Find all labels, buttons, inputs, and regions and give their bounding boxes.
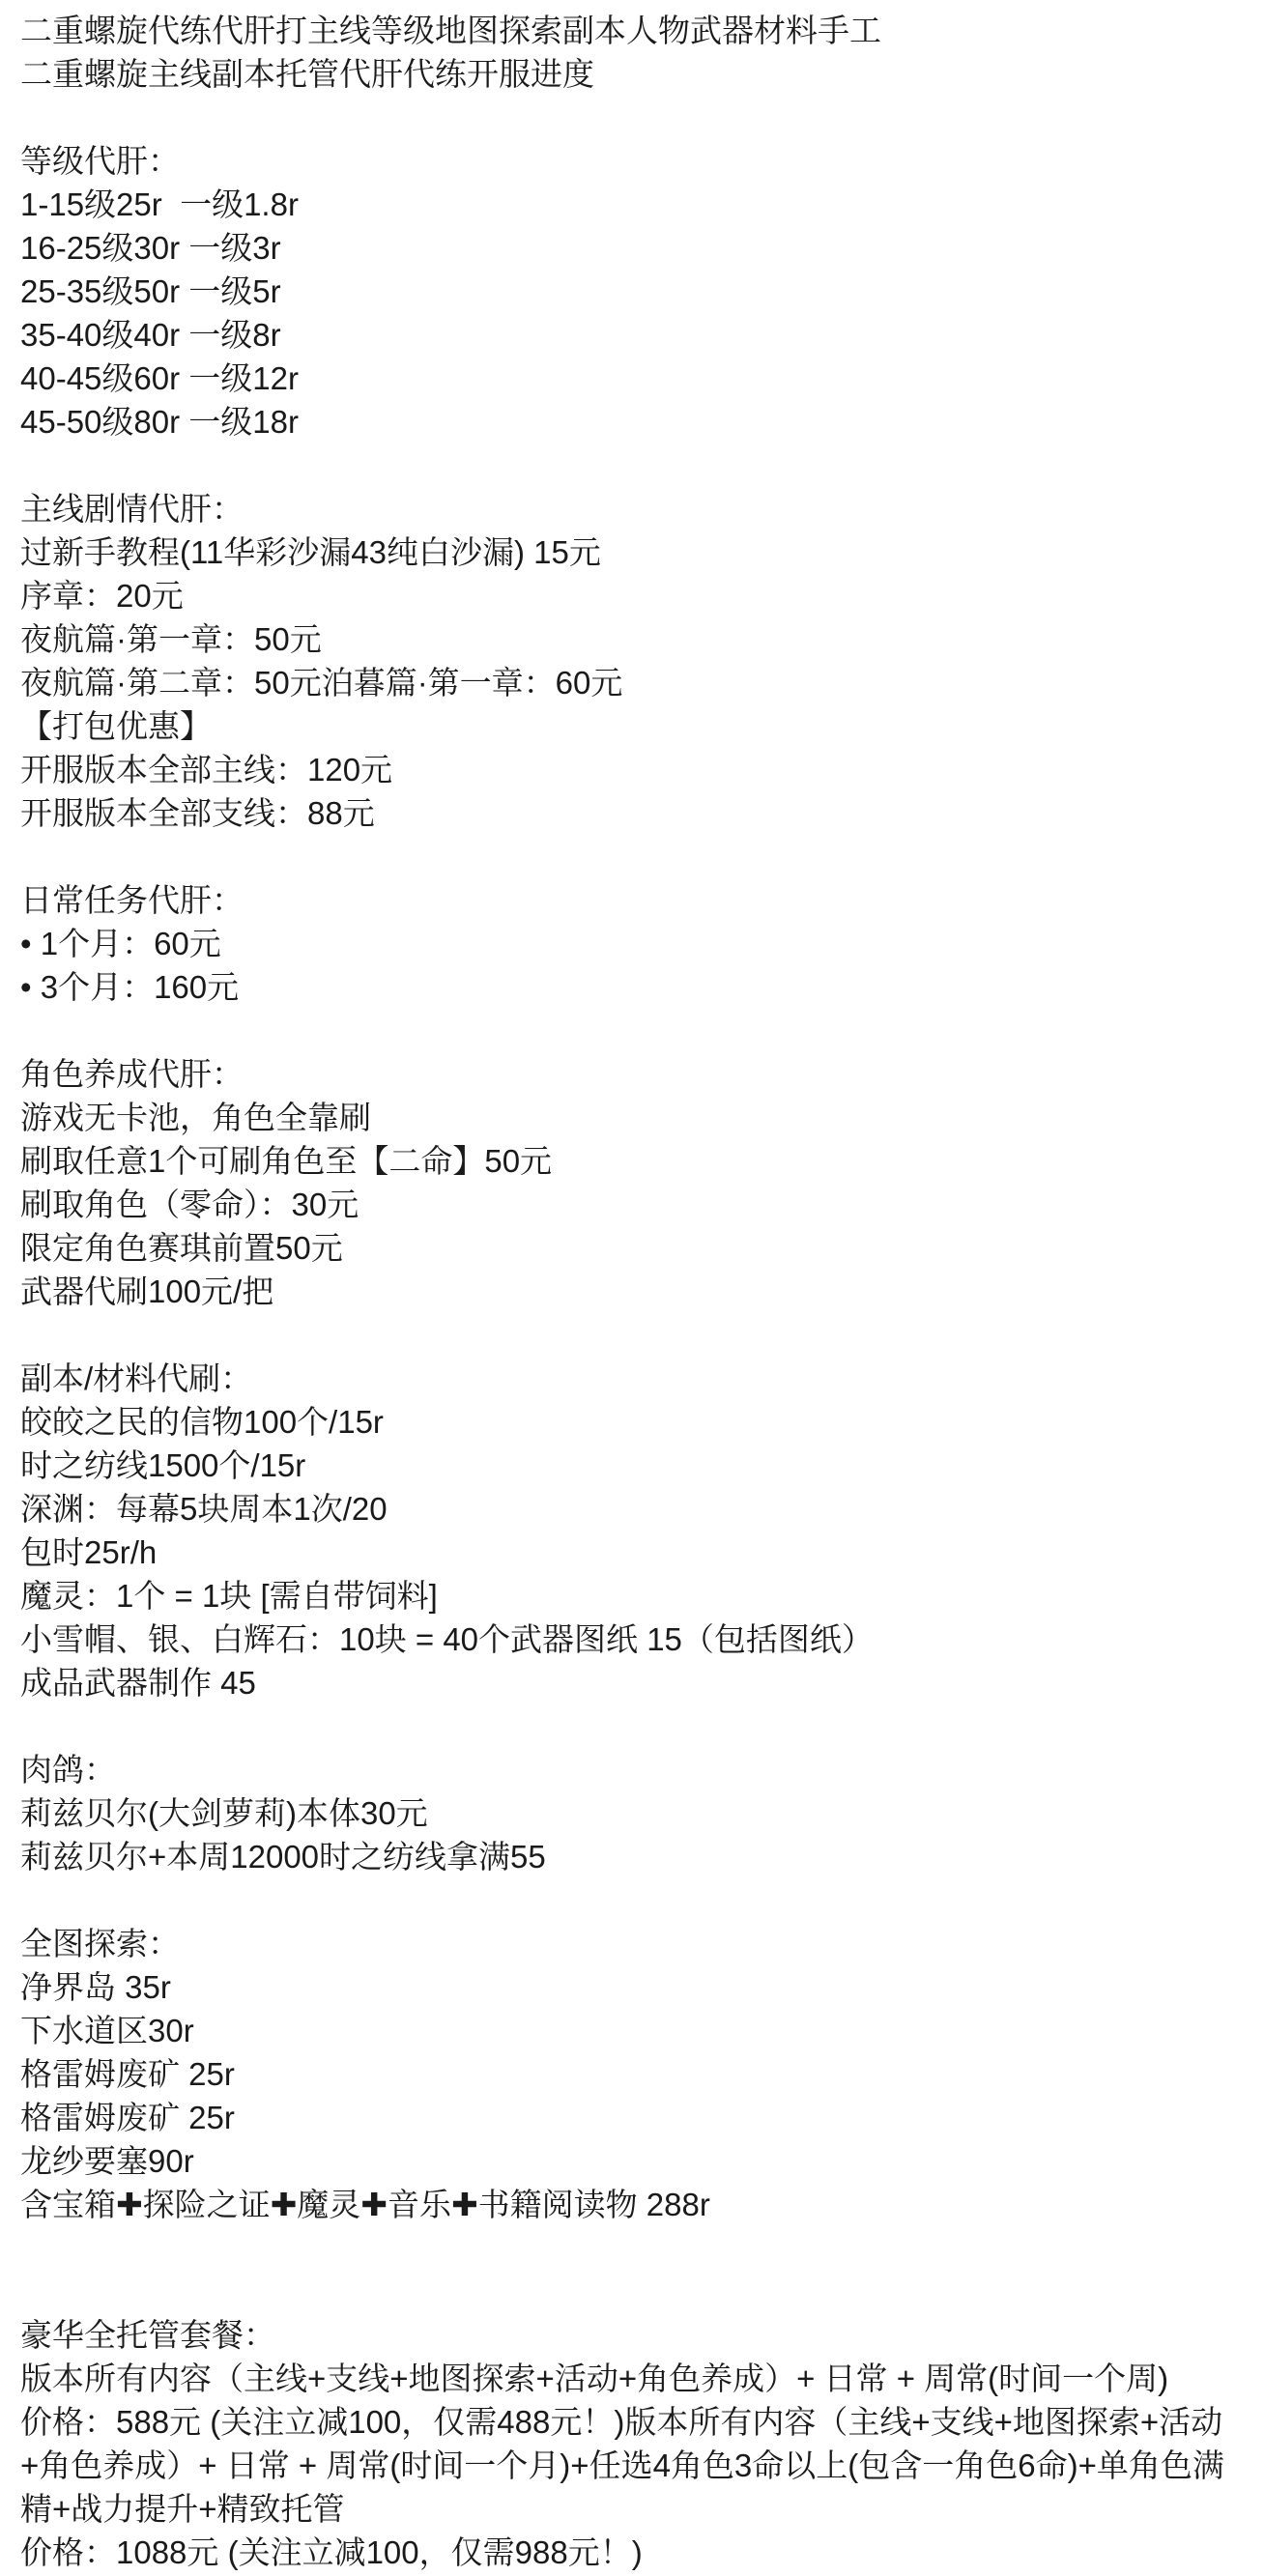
exploration-bundle-line: 含宝箱✚探险之证✚魔灵✚音乐✚书籍阅读物 288r <box>20 2183 1252 2226</box>
price-line: 过新手教程(11华彩沙漏43纯白沙漏) 15元 <box>20 530 1252 574</box>
section-map-exploration: 全图探索： 净界岛 35r 下水道区30r 格雷姆废矿 25r 格雷姆废矿 25… <box>20 1922 1252 2226</box>
bullet-price-line: • 3个月：160元 <box>20 965 1252 1009</box>
package-contents-line: 版本所有内容（主线+支线+地图探索+活动+角色养成）+ 日常 + 周常(时间一个… <box>20 2357 1252 2400</box>
price-line: 35-40级40r 一级8r <box>20 313 1252 357</box>
section-title: 等级代肝： <box>20 139 1252 183</box>
price-line: 皎皎之民的信物100个/15r <box>20 1400 1252 1444</box>
price-list-document: 二重螺旋代练代肝打主线等级地图探索副本人物武器材料手工 二重螺旋主线副本托管代肝… <box>20 9 1252 2574</box>
section-title: 主线剧情代肝： <box>20 487 1252 530</box>
price-line: 格雷姆废矿 25r <box>20 2096 1252 2139</box>
price-line: 龙纱要塞90r <box>20 2139 1252 2183</box>
note-line: 游戏无卡池，角色全靠刷 <box>20 1096 1252 1139</box>
section-title: 日常任务代肝： <box>20 878 1252 922</box>
section-premium-package: 豪华全托管套餐： 版本所有内容（主线+支线+地图探索+活动+角色养成）+ 日常 … <box>20 2313 1252 2574</box>
price-line: 魔灵：1个 = 1块 [需自带饲料] <box>20 1574 1252 1617</box>
bullet-price-line: • 1个月：60元 <box>20 922 1252 965</box>
price-line: 武器代刷100元/把 <box>20 1270 1252 1313</box>
price-line: 开服版本全部支线：88元 <box>20 791 1252 835</box>
price-line: 净界岛 35r <box>20 1965 1252 2009</box>
section-roguelike: 肉鸽： 莉兹贝尔(大剑萝莉)本体30元 莉兹贝尔+本周12000时之纺线拿满55 <box>20 1748 1252 1878</box>
header-title-line: 二重螺旋代练代肝打主线等级地图探索副本人物武器材料手工 <box>20 9 1252 52</box>
price-line: 包时25r/h <box>20 1531 1252 1574</box>
bundle-discount-label: 【打包优惠】 <box>20 704 1252 748</box>
document-header: 二重螺旋代练代肝打主线等级地图探索副本人物武器材料手工 二重螺旋主线副本托管代肝… <box>20 9 1252 96</box>
price-line: 格雷姆废矿 25r <box>20 2052 1252 2096</box>
package-price-line: 价格：588元 (关注立减100，仅需488元！)版本所有内容（主线+支线+地图… <box>20 2400 1252 2531</box>
price-line: 成品武器制作 45 <box>20 1661 1252 1704</box>
section-title: 副本/材料代刷： <box>20 1357 1252 1400</box>
price-line: 45-50级80r 一级18r <box>20 400 1252 444</box>
price-line: 限定角色赛琪前置50元 <box>20 1226 1252 1270</box>
section-mainline-story: 主线剧情代肝： 过新手教程(11华彩沙漏43纯白沙漏) 15元 序章：20元 夜… <box>20 487 1252 835</box>
section-title: 豪华全托管套餐： <box>20 2313 1252 2357</box>
section-title: 肉鸽： <box>20 1748 1252 1791</box>
section-title: 角色养成代肝： <box>20 1052 1252 1096</box>
section-title: 全图探索： <box>20 1922 1252 1965</box>
price-line: 40-45级60r 一级12r <box>20 357 1252 400</box>
header-subtitle-line: 二重螺旋主线副本托管代肝代练开服进度 <box>20 52 1252 96</box>
price-line: 刷取任意1个可刷角色至【二命】50元 <box>20 1139 1252 1183</box>
price-line: 小雪帽、银、白辉石：10块 = 40个武器图纸 15（包括图纸） <box>20 1617 1252 1661</box>
package-price-line: 价格：1088元 (关注立减100，仅需988元！) <box>20 2531 1252 2574</box>
price-line: 序章：20元 <box>20 574 1252 617</box>
price-line: 刷取角色（零命）：30元 <box>20 1183 1252 1226</box>
price-line: 25-35级50r 一级5r <box>20 270 1252 313</box>
section-daily-tasks: 日常任务代肝： • 1个月：60元 • 3个月：160元 <box>20 878 1252 1009</box>
section-character-building: 角色养成代肝： 游戏无卡池，角色全靠刷 刷取任意1个可刷角色至【二命】50元 刷… <box>20 1052 1252 1313</box>
price-line: 16-25级30r 一级3r <box>20 226 1252 270</box>
price-line: 深渊：每幕5块周本1次/20 <box>20 1487 1252 1531</box>
price-line: 夜航篇·第一章：50元 <box>20 617 1252 661</box>
section-level-boost: 等级代肝： 1-15级25r 一级1.8r 16-25级30r 一级3r 25-… <box>20 139 1252 444</box>
price-line: 下水道区30r <box>20 2009 1252 2052</box>
price-line: 夜航篇·第二章：50元泊暮篇·第一章：60元 <box>20 661 1252 704</box>
price-line: 莉兹贝尔(大剑萝莉)本体30元 <box>20 1791 1252 1835</box>
price-line: 莉兹贝尔+本周12000时之纺线拿满55 <box>20 1835 1252 1878</box>
price-line: 时之纺线1500个/15r <box>20 1444 1252 1487</box>
price-line: 开服版本全部主线：120元 <box>20 748 1252 791</box>
price-line: 1-15级25r 一级1.8r <box>20 183 1252 226</box>
section-dungeon-materials: 副本/材料代刷： 皎皎之民的信物100个/15r 时之纺线1500个/15r 深… <box>20 1357 1252 1704</box>
